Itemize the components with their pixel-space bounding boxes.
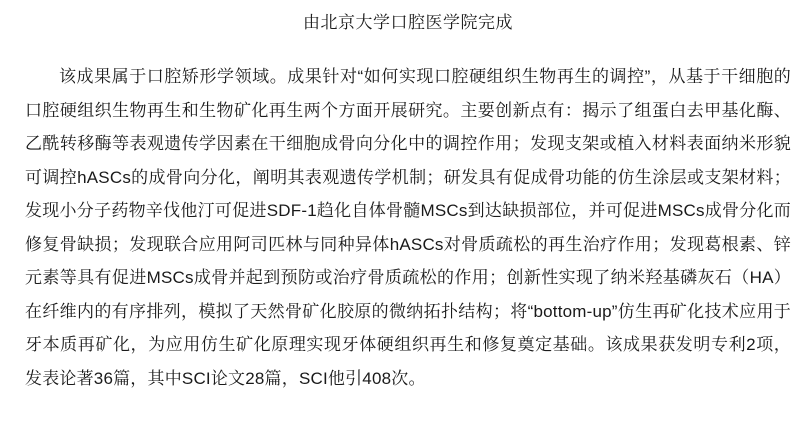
document-page: 由北京大学口腔医学院完成 该成果属于口腔矫形学领域。成果针对“如何实现口腔硬组织… [0, 0, 800, 431]
body-paragraph: 该成果属于口腔矫形学领域。成果针对“如何实现口腔硬组织生物再生的调控”，从基于干… [25, 60, 791, 395]
page-title: 由北京大学口腔医学院完成 [25, 12, 791, 34]
